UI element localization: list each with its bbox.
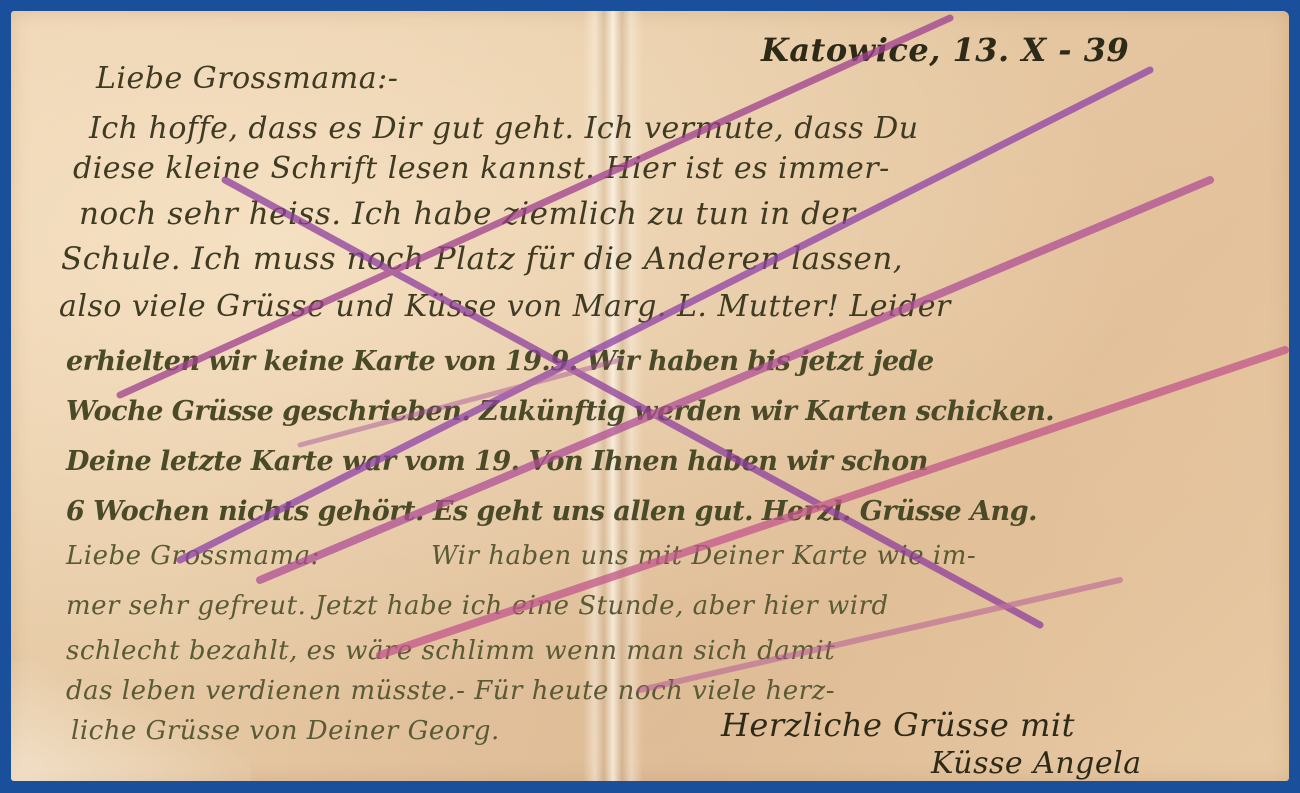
letter-line: Woche Grüsse geschrieben. Zukünftig werd… (66, 396, 1054, 427)
closing-signature: Küsse Angela (931, 746, 1142, 781)
letter-line: das leben verdienen müsste.- Für heute n… (66, 676, 835, 706)
place-date: Katowice, 13. X - 39 (761, 31, 1129, 69)
letter-line: also viele Grüsse und Küsse von Marg. L.… (59, 289, 951, 324)
salutation-1: Liebe Grossmama:- (96, 61, 398, 96)
letter-line: diese kleine Schrift lesen kannst. Hier … (73, 151, 890, 186)
letter-line: Wir haben uns mit Deiner Karte wie im- (431, 541, 976, 571)
letter-line: erhielten wir keine Karte von 19.9. Wir … (66, 346, 934, 377)
letter-line: noch sehr heiss. Ich habe ziemlich zu tu… (79, 196, 856, 232)
closing-line-1: Herzliche Grüsse mit (721, 706, 1075, 744)
letter-line: Deine letzte Karte war vom 19. Von Ihnen… (66, 446, 928, 477)
letter-line: schlecht bezahlt, es wäre schlimm wenn m… (66, 636, 835, 666)
salutation-2: Liebe Grossmama: (66, 541, 320, 571)
letter-line: liche Grüsse von Deiner Georg. (71, 716, 500, 746)
letter-line: Ich hoffe, dass es Dir gut geht. Ich ver… (89, 111, 919, 146)
letter-line: Schule. Ich muss noch Platz für die Ande… (61, 241, 903, 277)
letter-line: mer sehr gefreut. Jetzt habe ich eine St… (66, 591, 889, 621)
letter-line: 6 Wochen nichts gehört. Es geht uns alle… (66, 496, 1037, 527)
postcard: Katowice, 13. X - 39 Liebe Grossmama:- I… (11, 11, 1289, 781)
